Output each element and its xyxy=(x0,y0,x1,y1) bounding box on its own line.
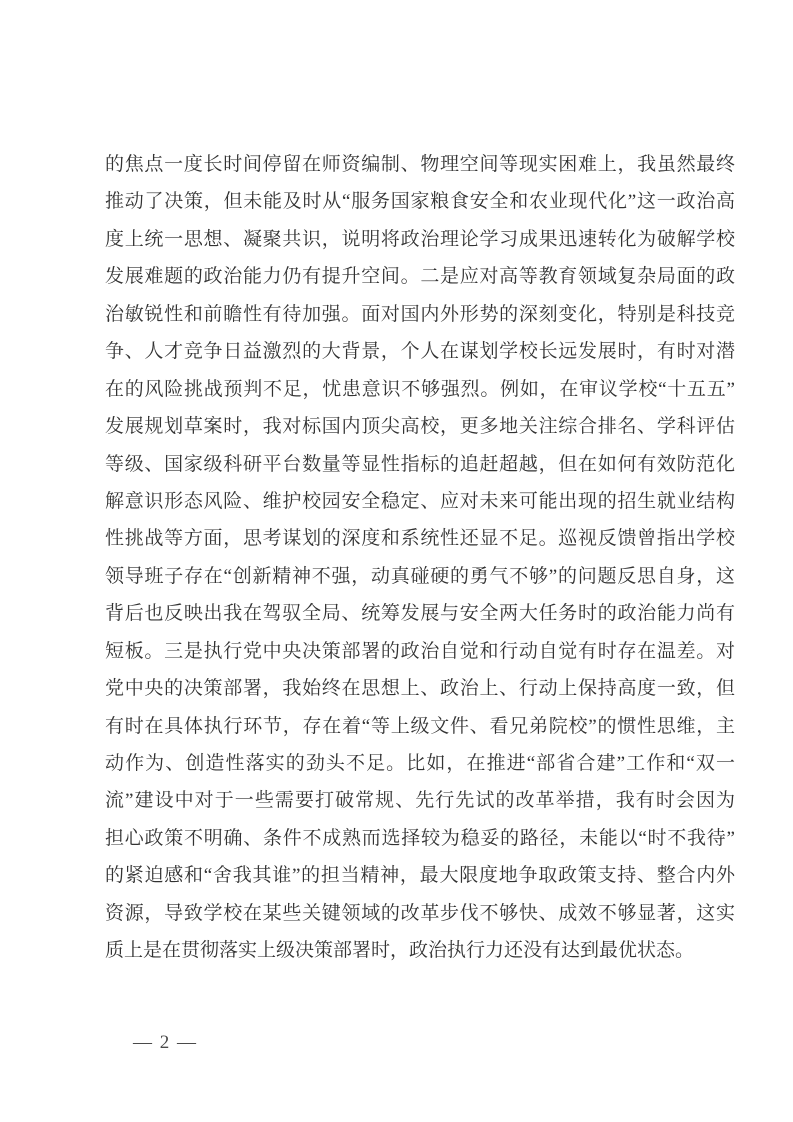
body-text-line: 争、人才竞争日益激烈的大背景，个人在谋划学校长远发展时，有时对潜 xyxy=(105,333,735,370)
body-text-line: 发展难题的政治能力仍有提升空间。二是应对高等教育领域复杂局面的政 xyxy=(105,258,735,295)
body-text-line: 治敏锐性和前瞻性有待加强。面对国内外形势的深刻变化，特别是科技竞 xyxy=(105,296,735,333)
body-text-line: 资源，导致学校在某些关键领域的改革步伐不够快、成效不够显著，这实 xyxy=(105,895,735,932)
body-text-line: 等级、国家级科研平台数量等显性指标的追赶超越，但在如何有效防范化 xyxy=(105,446,735,483)
body-text-line: 质上是在贯彻落实上级决策部署时，政治执行力还没有达到最优状态。 xyxy=(105,932,735,969)
body-text-line: 性挑战等方面，思考谋划的深度和系统性还显不足。巡视反馈曾指出学校 xyxy=(105,520,735,557)
body-text-line: 担心政策不明确、条件不成熟而选择较为稳妥的路径，未能以“时不我待” xyxy=(105,820,735,857)
body-text-line: 短板。三是执行党中央决策部署的政治自觉和行动自觉有时存在温差。对 xyxy=(105,633,735,670)
body-text-line: 发展规划草案时，我对标国内顶尖高校，更多地关注综合排名、学科评估 xyxy=(105,408,735,445)
body-text-line: 有时在具体执行环节，存在着“等上级文件、看兄弟院校”的惯性思维，主 xyxy=(105,708,735,745)
page-number: — 2 — xyxy=(133,1030,198,1056)
body-text-line: 流”建设中对于一些需要打破常规、先行先试的改革举措，我有时会因为 xyxy=(105,782,735,819)
body-text-line: 背后也反映出我在驾驭全局、统筹发展与安全两大任务时的政治能力尚有 xyxy=(105,595,735,632)
body-text-line: 的紧迫感和“舍我其谁”的担当精神，最大限度地争取政策支持、整合内外 xyxy=(105,857,735,894)
body-text-line: 的焦点一度长时间停留在师资编制、物理空间等现实困难上，我虽然最终 xyxy=(105,146,735,183)
body-text-line: 解意识形态风险、维护校园安全稳定、应对未来可能出现的招生就业结构 xyxy=(105,483,735,520)
document-page: 的焦点一度长时间停留在师资编制、物理空间等现实困难上，我虽然最终推动了决策，但未… xyxy=(0,0,793,1122)
document-body: 的焦点一度长时间停留在师资编制、物理空间等现实困难上，我虽然最终推动了决策，但未… xyxy=(105,146,735,970)
body-text-line: 党中央的决策部署，我始终在思想上、政治上、行动上保持高度一致，但 xyxy=(105,670,735,707)
body-text-line: 度上统一思想、凝聚共识，说明将政治理论学习成果迅速转化为破解学校 xyxy=(105,221,735,258)
body-text-line: 推动了决策，但未能及时从“服务国家粮食安全和农业现代化”这一政治高 xyxy=(105,183,735,220)
body-text-line: 领导班子存在“创新精神不强，动真碰硬的勇气不够”的问题反思自身，这 xyxy=(105,558,735,595)
body-text-line: 在的风险挑战预判不足，忧患意识不够强烈。例如，在审议学校“十五五” xyxy=(105,371,735,408)
body-text-line: 动作为、创造性落实的劲头不足。比如，在推进“部省合建”工作和“双一 xyxy=(105,745,735,782)
